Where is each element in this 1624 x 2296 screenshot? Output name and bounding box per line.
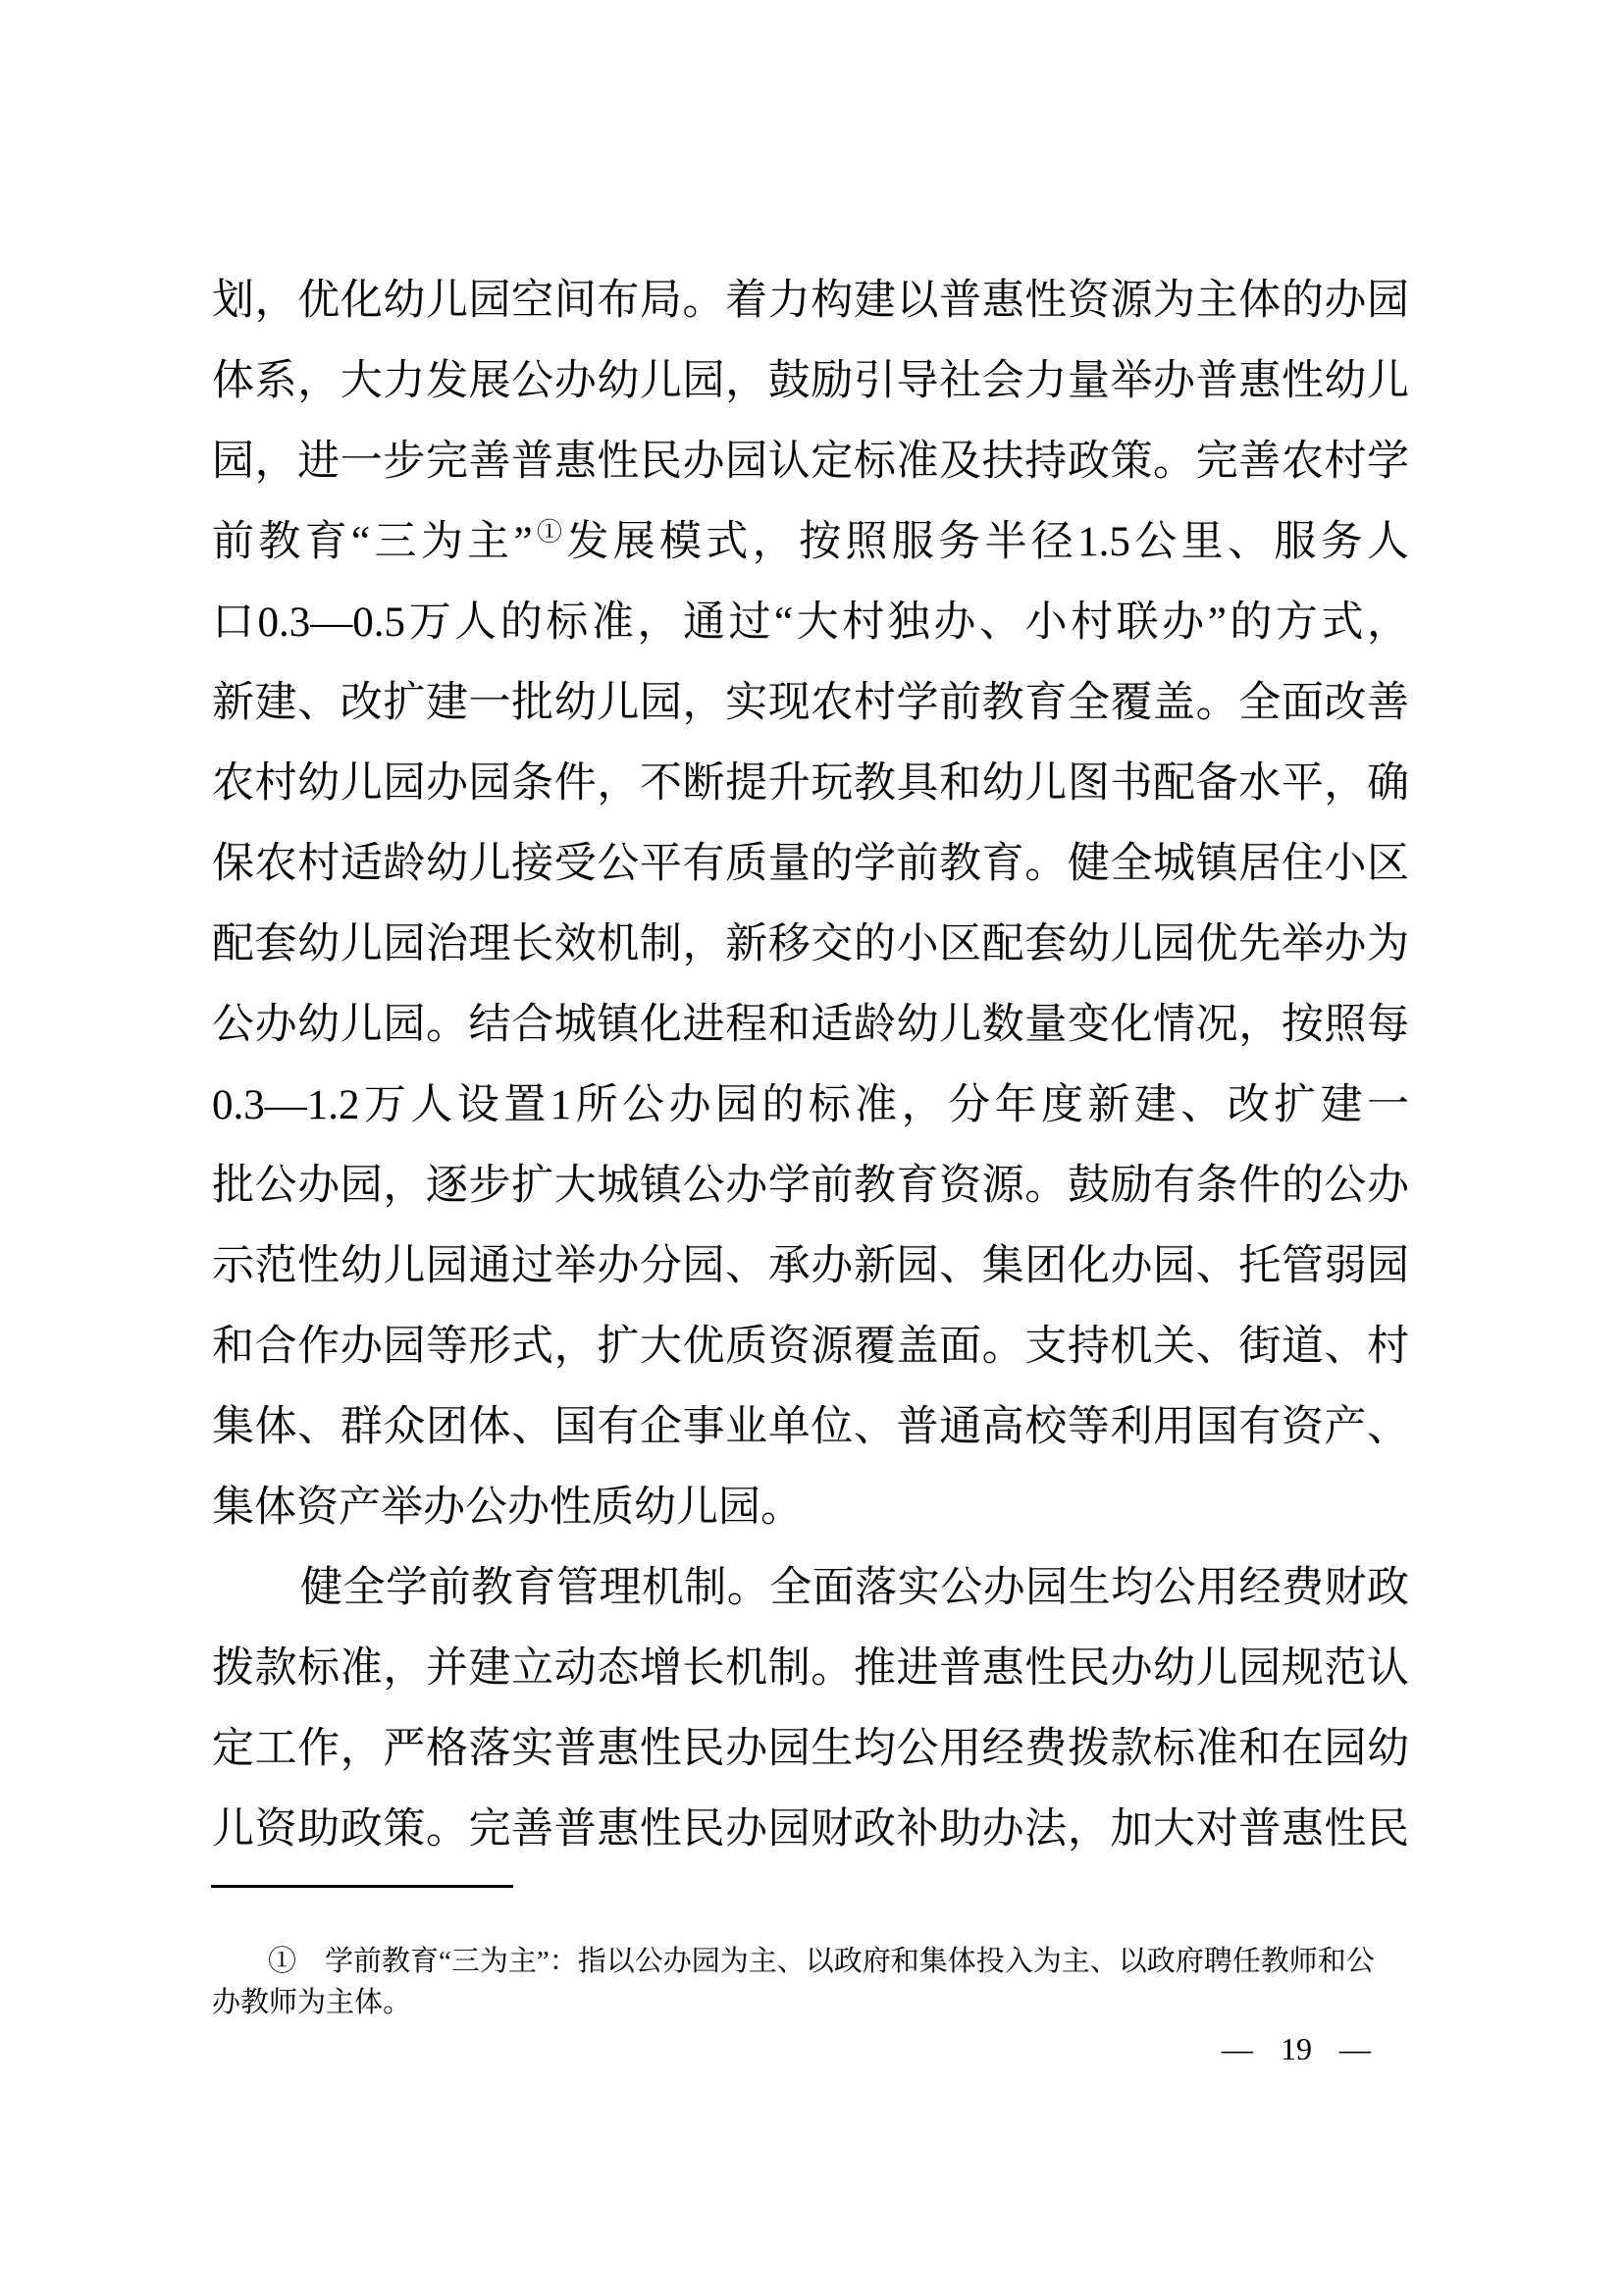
body-line: 前教育“三为主”①发展模式，按照服务半径1.5公里、服务人 — [212, 502, 1409, 583]
body-line: 儿资助政策。完善普惠性民办园财政补助办法，加大对普惠性民 — [212, 1790, 1409, 1870]
body-line: 集体、群众团体、国有企事业单位、普通高校等利用国有资产、 — [212, 1387, 1409, 1468]
body-line: 体系，大力发展公办幼儿园，鼓励引导社会力量举办普惠性幼儿 — [212, 341, 1409, 422]
body-line-segment: 前教育“三为主” — [212, 519, 533, 565]
body-line-segment: 发展模式，按照服务半径1.5公里、服务人 — [566, 519, 1409, 565]
page-number: — 19 — — [1222, 2031, 1408, 2066]
body-line: 保农村适龄幼儿接受公平有质量的学前教育。健全城镇居住小区 — [212, 824, 1409, 905]
body-line: 定工作，严格落实普惠性民办园生均公用经费拨款标准和在园幼 — [212, 1709, 1409, 1790]
footnote-line: 办教师为主体。 — [212, 1982, 1488, 2023]
footnote-divider — [211, 1885, 513, 1888]
body-line: 新建、改扩建一批幼儿园，实现农村学前教育全覆盖。全面改善 — [212, 663, 1409, 744]
footnote: ① 学前教育“三为主”：指以公办园为主、以政府和集体投入为主、以政府聘任教师和公… — [212, 1941, 1488, 2023]
body-line: 配套幼儿园治理长效机制，新移交的小区配套幼儿园优先举办为 — [212, 905, 1409, 985]
footnote-line: ① 学前教育“三为主”：指以公办园为主、以政府和集体投入为主、以政府聘任教师和公 — [212, 1941, 1488, 1982]
body-line-paragraph-start: 健全学前教育管理机制。全面落实公办园生均公用经费财政 — [212, 1548, 1409, 1629]
body-line: 示范性幼儿园通过举办分园、承办新园、集团化办园、托管弱园 — [212, 1226, 1409, 1307]
body-line: 批公办园，逐步扩大城镇公办学前教育资源。鼓励有条件的公办 — [212, 1146, 1409, 1226]
document-page: 划，优化幼儿园空间布局。着力构建以普惠性资源为主体的办园 体系，大力发展公办幼儿… — [0, 0, 1624, 2296]
body-line: 口0.3—0.5万人的标准，通过“大村独办、小村联办”的方式， — [212, 583, 1409, 663]
body-line: 公办幼儿园。结合城镇化进程和适龄幼儿数量变化情况，按照每 — [212, 985, 1409, 1066]
body-line: 0.3—1.2万人设置1所公办园的标准，分年度新建、改扩建一 — [212, 1066, 1409, 1146]
footnote-ref-marker: ① — [533, 518, 567, 547]
body-line: 园，进一步完善普惠性民办园认定标准及扶持政策。完善农村学 — [212, 422, 1409, 502]
body-line: 划，优化幼儿园空间布局。着力构建以普惠性资源为主体的办园 — [212, 261, 1409, 341]
body-line: 农村幼儿园办园条件，不断提升玩教具和幼儿图书配备水平，确 — [212, 744, 1409, 824]
body-line: 拨款标准，并建立动态增长机制。推进普惠性民办幼儿园规范认 — [212, 1629, 1409, 1709]
body-line: 和合作办园等形式，扩大优质资源覆盖面。支持机关、街道、村 — [212, 1307, 1409, 1387]
body-line-paragraph-end: 集体资产举办公办性质幼儿园。 — [212, 1468, 1409, 1548]
body-text-block: 划，优化幼儿园空间布局。着力构建以普惠性资源为主体的办园 体系，大力发展公办幼儿… — [212, 261, 1409, 1870]
